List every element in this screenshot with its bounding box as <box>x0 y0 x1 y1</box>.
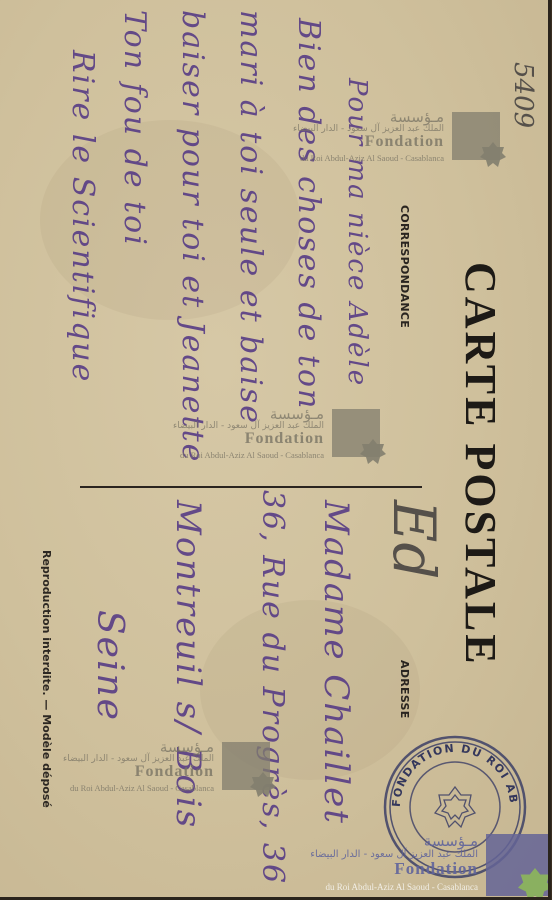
watermark-color: مـؤسسة الملك عبد العزيز آل سعود - الدار … <box>286 832 548 898</box>
watermark-arabic-name: مـؤسسة <box>424 832 478 850</box>
message-line: Rire le Scientifique <box>65 50 100 383</box>
star-logo-icon <box>518 868 551 900</box>
watermark-french-subtitle: du Roi Abdul-Aziz Al Saoud - Casablanca <box>300 153 444 163</box>
watermark-french-name: Fondation <box>135 763 214 781</box>
watermark-french-subtitle: du Roi Abdul-Aziz Al Saoud - Casablanca <box>70 783 214 793</box>
watermark-logo <box>486 834 548 896</box>
address-line: Madame Chaillet <box>316 500 356 825</box>
message-line: mari à toi seule et baise <box>233 10 268 425</box>
watermark-french-name: Fondation <box>365 133 444 151</box>
watermark-logo <box>222 742 270 790</box>
postcard-back: CARTE POSTALE CORRESPONDANCE ADRESSE Rep… <box>0 0 551 900</box>
archive-number: 5409 <box>508 62 538 128</box>
star-emblem-icon <box>435 787 475 827</box>
correspondence-label: CORRESPONDANCE <box>398 205 411 328</box>
star-logo-icon <box>250 772 276 798</box>
star-logo-icon <box>480 142 506 168</box>
message-line: Ton fou de toi <box>117 10 152 247</box>
star-logo-icon <box>360 439 386 465</box>
watermark-french-subtitle: du Roi Abdul-Aziz Al Saoud - Casablanca <box>180 450 324 460</box>
watermark: مـؤسسة الملك عبد العزيز آل سعود - الدار … <box>40 738 270 798</box>
message-line: Bien des choses de ton <box>291 18 326 410</box>
address-label: ADRESSE <box>398 660 411 719</box>
watermark-logo <box>452 112 500 160</box>
address-line: Seine <box>89 610 130 722</box>
address-line: 36, Rue du Progrès, 36 <box>255 490 290 885</box>
watermark-logo <box>332 409 380 457</box>
watermark-french-name: Fondation <box>245 430 324 448</box>
watermark-french-name: Fondation <box>394 859 478 879</box>
postcard-title: CARTE POSTALE <box>455 262 506 667</box>
divider-line <box>80 486 422 488</box>
watermark: مـؤسسة الملك عبد العزيز آل سعود - الدار … <box>150 405 380 465</box>
watermark-french-subtitle: du Roi Abdul-Aziz Al Saoud - Casablanca <box>326 882 478 892</box>
message-line: baiser pour toi et Jeanette <box>175 10 210 463</box>
pencil-mark: Ed <box>380 500 448 579</box>
watermark: مـؤسسة الملك عبد العزيز آل سعود - الدار … <box>270 108 500 168</box>
